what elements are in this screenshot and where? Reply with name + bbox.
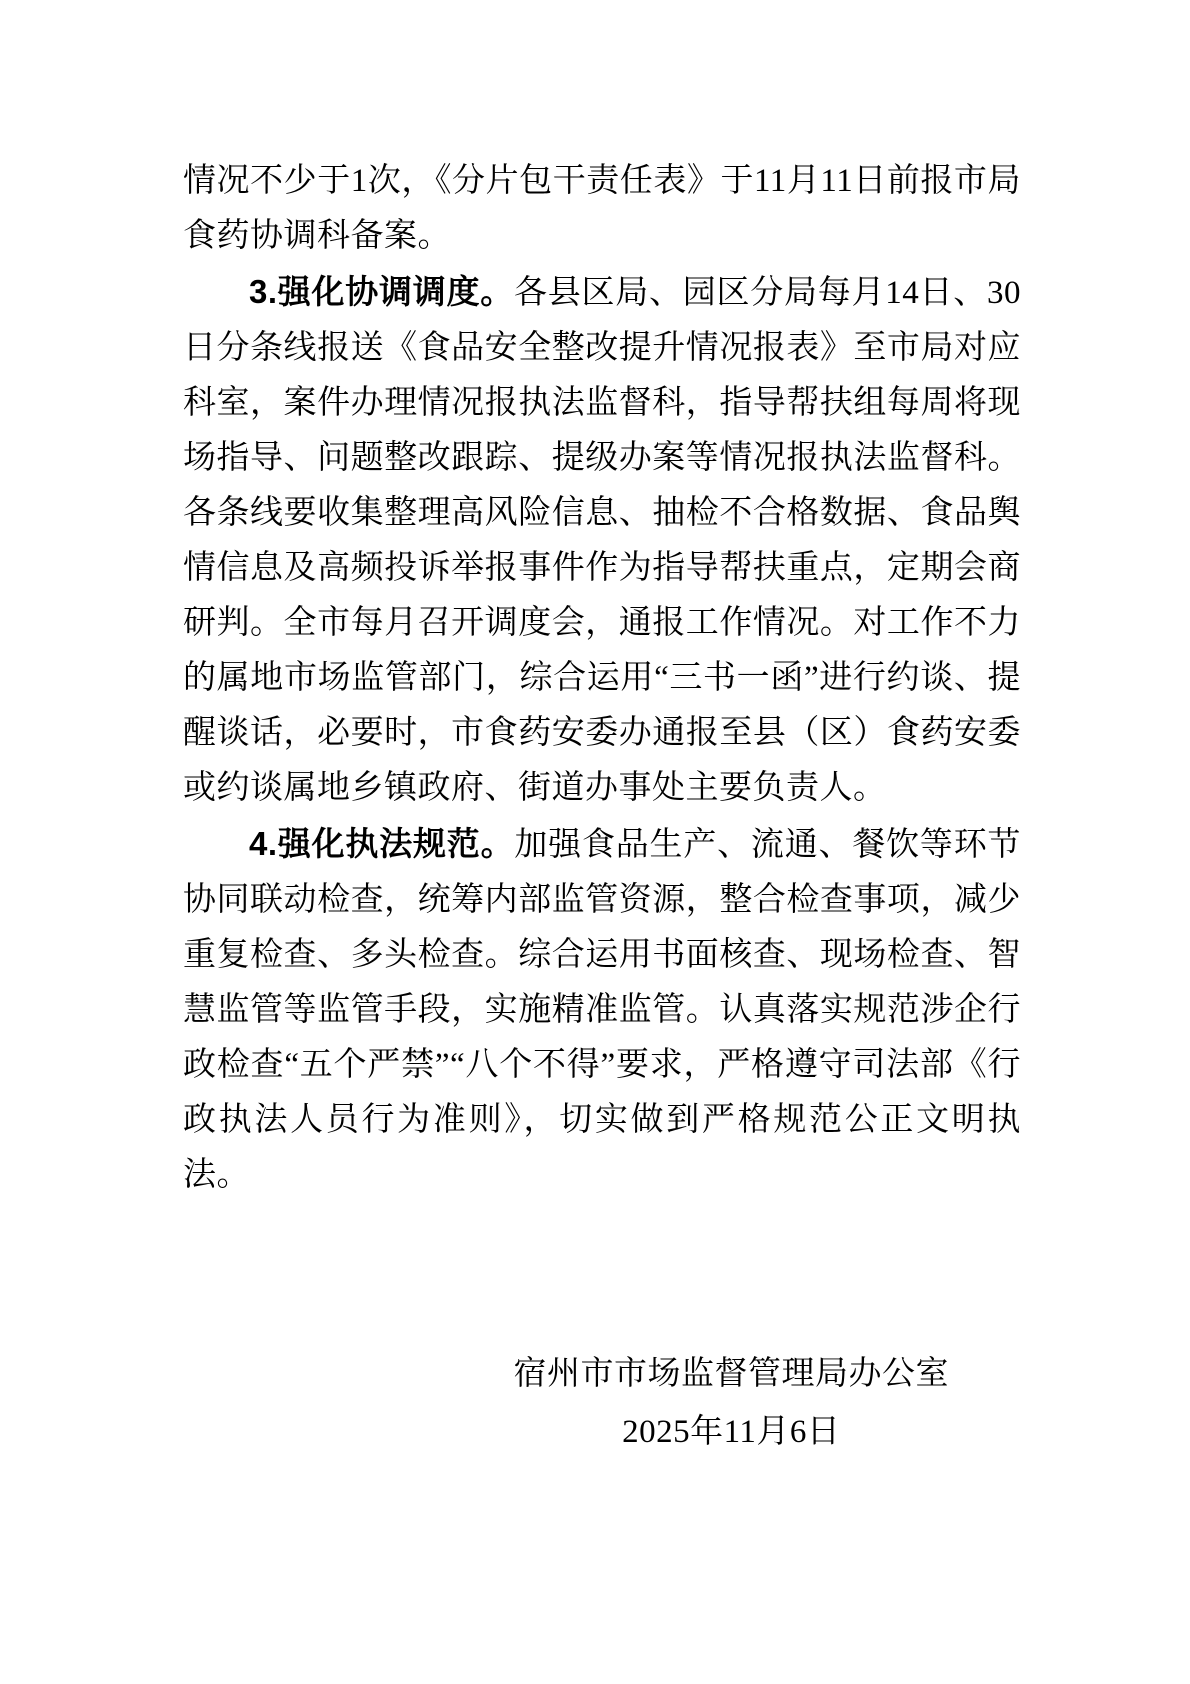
signature-organization: 宿州市市场监督管理局办公室 bbox=[514, 1345, 950, 1403]
signature-date: 2025年11月6日 bbox=[514, 1403, 950, 1461]
paragraph-lead: 3.强化协调调度。 bbox=[249, 273, 514, 310]
paragraph-text: 加强食品生产、流通、餐饮等环节协同联动检查，统筹内部监管资源，整合检查事项，减少… bbox=[183, 827, 1021, 1193]
paragraph-continuation: 情况不少于1次，《分片包干责任表》于11月11日前报市局食药协调科备案。 bbox=[183, 154, 1021, 264]
paragraph-item-4: 4.强化执法规范。加强食品生产、流通、餐饮等环节协同联动检查，统筹内部监管资源，… bbox=[183, 816, 1021, 1203]
document-body: 情况不少于1次，《分片包干责任表》于11月11日前报市局食药协调科备案。 3.强… bbox=[183, 154, 1021, 1461]
document-page: 情况不少于1次，《分片包干责任表》于11月11日前报市局食药协调科备案。 3.强… bbox=[0, 0, 1190, 1684]
signature-block: 宿州市市场监督管理局办公室 2025年11月6日 bbox=[514, 1345, 950, 1461]
paragraph-item-3: 3.强化协调调度。各县区局、园区分局每月14日、30日分条线报送《食品安全整改提… bbox=[183, 264, 1021, 816]
paragraph-text: 各县区局、园区分局每月14日、30日分条线报送《食品安全整改提升情况报表》至市局… bbox=[183, 275, 1021, 806]
paragraph-lead: 4.强化执法规范。 bbox=[249, 825, 514, 862]
paragraph-text: 情况不少于1次，《分片包干责任表》于11月11日前报市局食药协调科备案。 bbox=[183, 163, 1021, 254]
